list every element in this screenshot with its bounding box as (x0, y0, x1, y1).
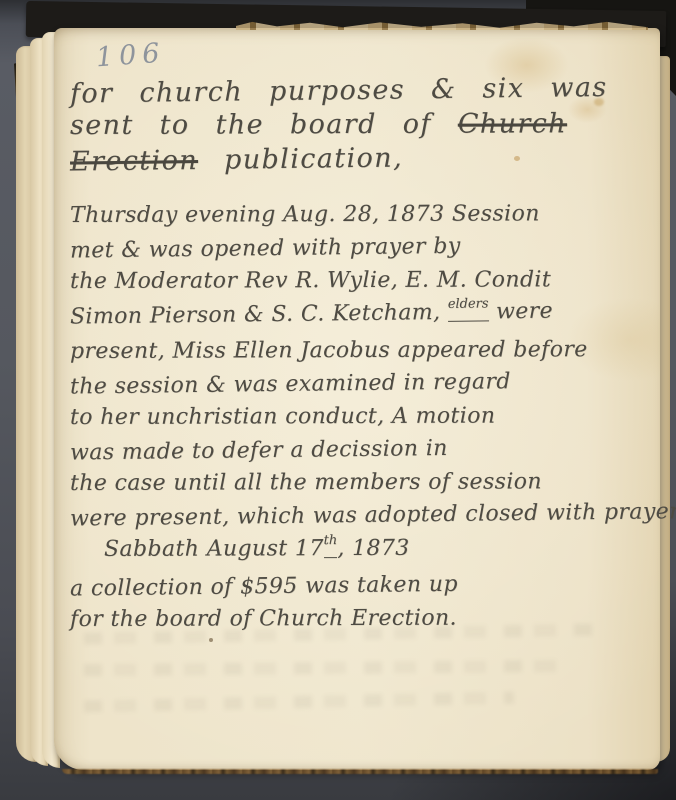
handwriting-line: present, Miss Ellen Jacobus appeared bef… (70, 333, 648, 368)
handwriting-text: Sabbath August 17 (104, 536, 324, 562)
handwriting-text: to her unchristian conduct, A motion (70, 404, 496, 430)
page-stain (514, 156, 520, 161)
superscript-insertion: th (324, 524, 338, 558)
handwriting-text: Thursday evening Aug. 28, 1873 Session (70, 201, 540, 228)
handwriting-line: were present, which was adopted closed w… (70, 495, 648, 535)
handwriting-text: were (488, 299, 553, 325)
handwriting-line: the Moderator Rev R. Wylie, E. M. Condit (70, 263, 648, 298)
handwriting-line: was made to defer a decission in (70, 429, 648, 469)
struck-word: Church (458, 108, 567, 139)
handwriting-text: were present, which was adopted closed w… (70, 499, 676, 531)
handwriting-text: a collection of $595 was taken up (70, 572, 458, 602)
ink-bleedthrough-line (84, 691, 514, 712)
handwriting-text: Simon Pierson & S. C. Ketcham, (70, 300, 448, 330)
handwriting-text: the session & was examined in regard (70, 369, 511, 399)
ink-bleedthrough-line (84, 660, 564, 676)
page-number: 106 (95, 38, 167, 74)
struck-word: Erection (70, 145, 198, 178)
handwriting-line: for church purposes & six was (70, 70, 648, 111)
handwriting-text: met & was opened with prayer by (70, 234, 461, 264)
handwriting-line: the session & was examined in regard (70, 363, 648, 403)
handwriting-line: to her unchristian conduct, A motion (70, 399, 648, 434)
handwriting-line: Thursday evening Aug. 28, 1873 Session (70, 197, 648, 232)
handwriting-text: , 1873 (337, 536, 409, 561)
handwriting-line: sent to the board of Church (70, 107, 648, 143)
handwriting-text: for church purposes & six was (70, 72, 608, 110)
manuscript-photo: 106 for church purposes & six wassent to… (0, 0, 676, 800)
handwriting-line: a collection of $595 was taken up (70, 565, 648, 605)
manuscript-page: 106 for church purposes & six wassent to… (54, 28, 660, 770)
handwriting-text: sent to the board of (70, 109, 458, 141)
handwriting-text: publication, (198, 142, 403, 176)
handwriting-line: Simon Pierson & S. C. Ketcham, elders we… (70, 293, 648, 337)
page-stain (594, 98, 604, 106)
superscript-insertion: elders (448, 287, 489, 321)
handwriting-text: the case until all the members of sessio… (70, 469, 542, 496)
handwriting-line: Sabbath August 17th, 1873 (70, 531, 648, 570)
page-speck (209, 638, 213, 642)
handwriting-text: present, Miss Ellen Jacobus appeared bef… (70, 337, 588, 364)
handwriting-line: the case until all the members of sessio… (70, 465, 648, 500)
handwriting-lines: for church purposes & six wassent to the… (70, 74, 648, 635)
handwriting-line: met & was opened with prayer by (70, 227, 648, 267)
handwriting-line: Erection publication, (70, 138, 648, 179)
handwriting-text: was made to defer a decission in (70, 436, 448, 466)
